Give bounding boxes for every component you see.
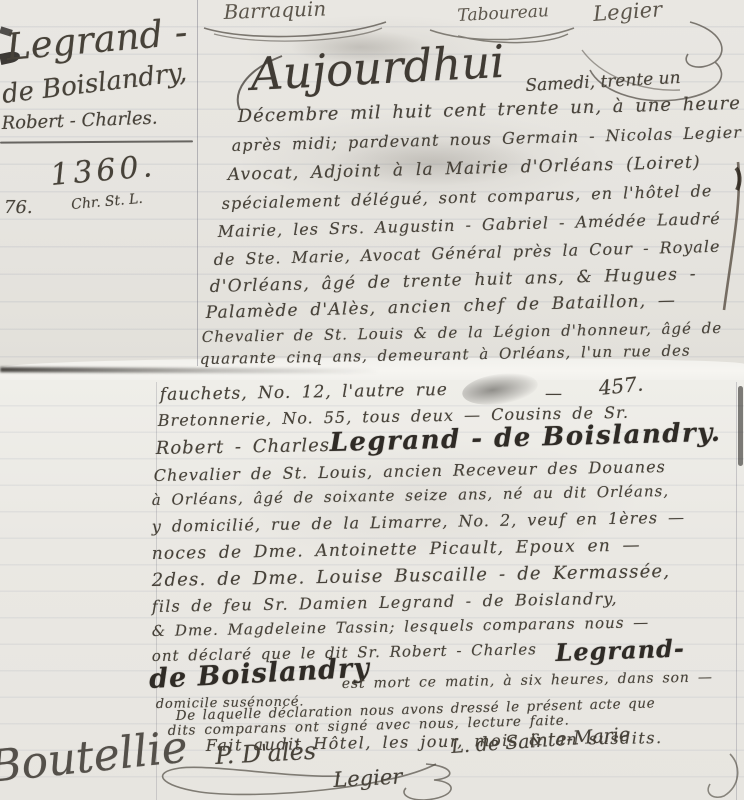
deceased-given-names: Robert - Charles (156, 435, 331, 459)
register-scan: Legrand - de Boislandry, Robert - Charle… (0, 0, 744, 800)
scan-edge-mark (738, 386, 743, 466)
death-name-bold-a: Legrand- (555, 634, 685, 667)
folio-page-number: 457. (597, 371, 644, 400)
margin-folio-ref: 76. (4, 197, 33, 218)
right-rule-page2 (736, 382, 737, 800)
previous-signature-1: Barraquin (223, 0, 326, 24)
dash-mark: — (545, 384, 562, 404)
signature-dales: P. D'alès (215, 737, 317, 770)
signature-legier: Legier (333, 764, 403, 792)
margin-rule-page1 (197, 0, 198, 366)
